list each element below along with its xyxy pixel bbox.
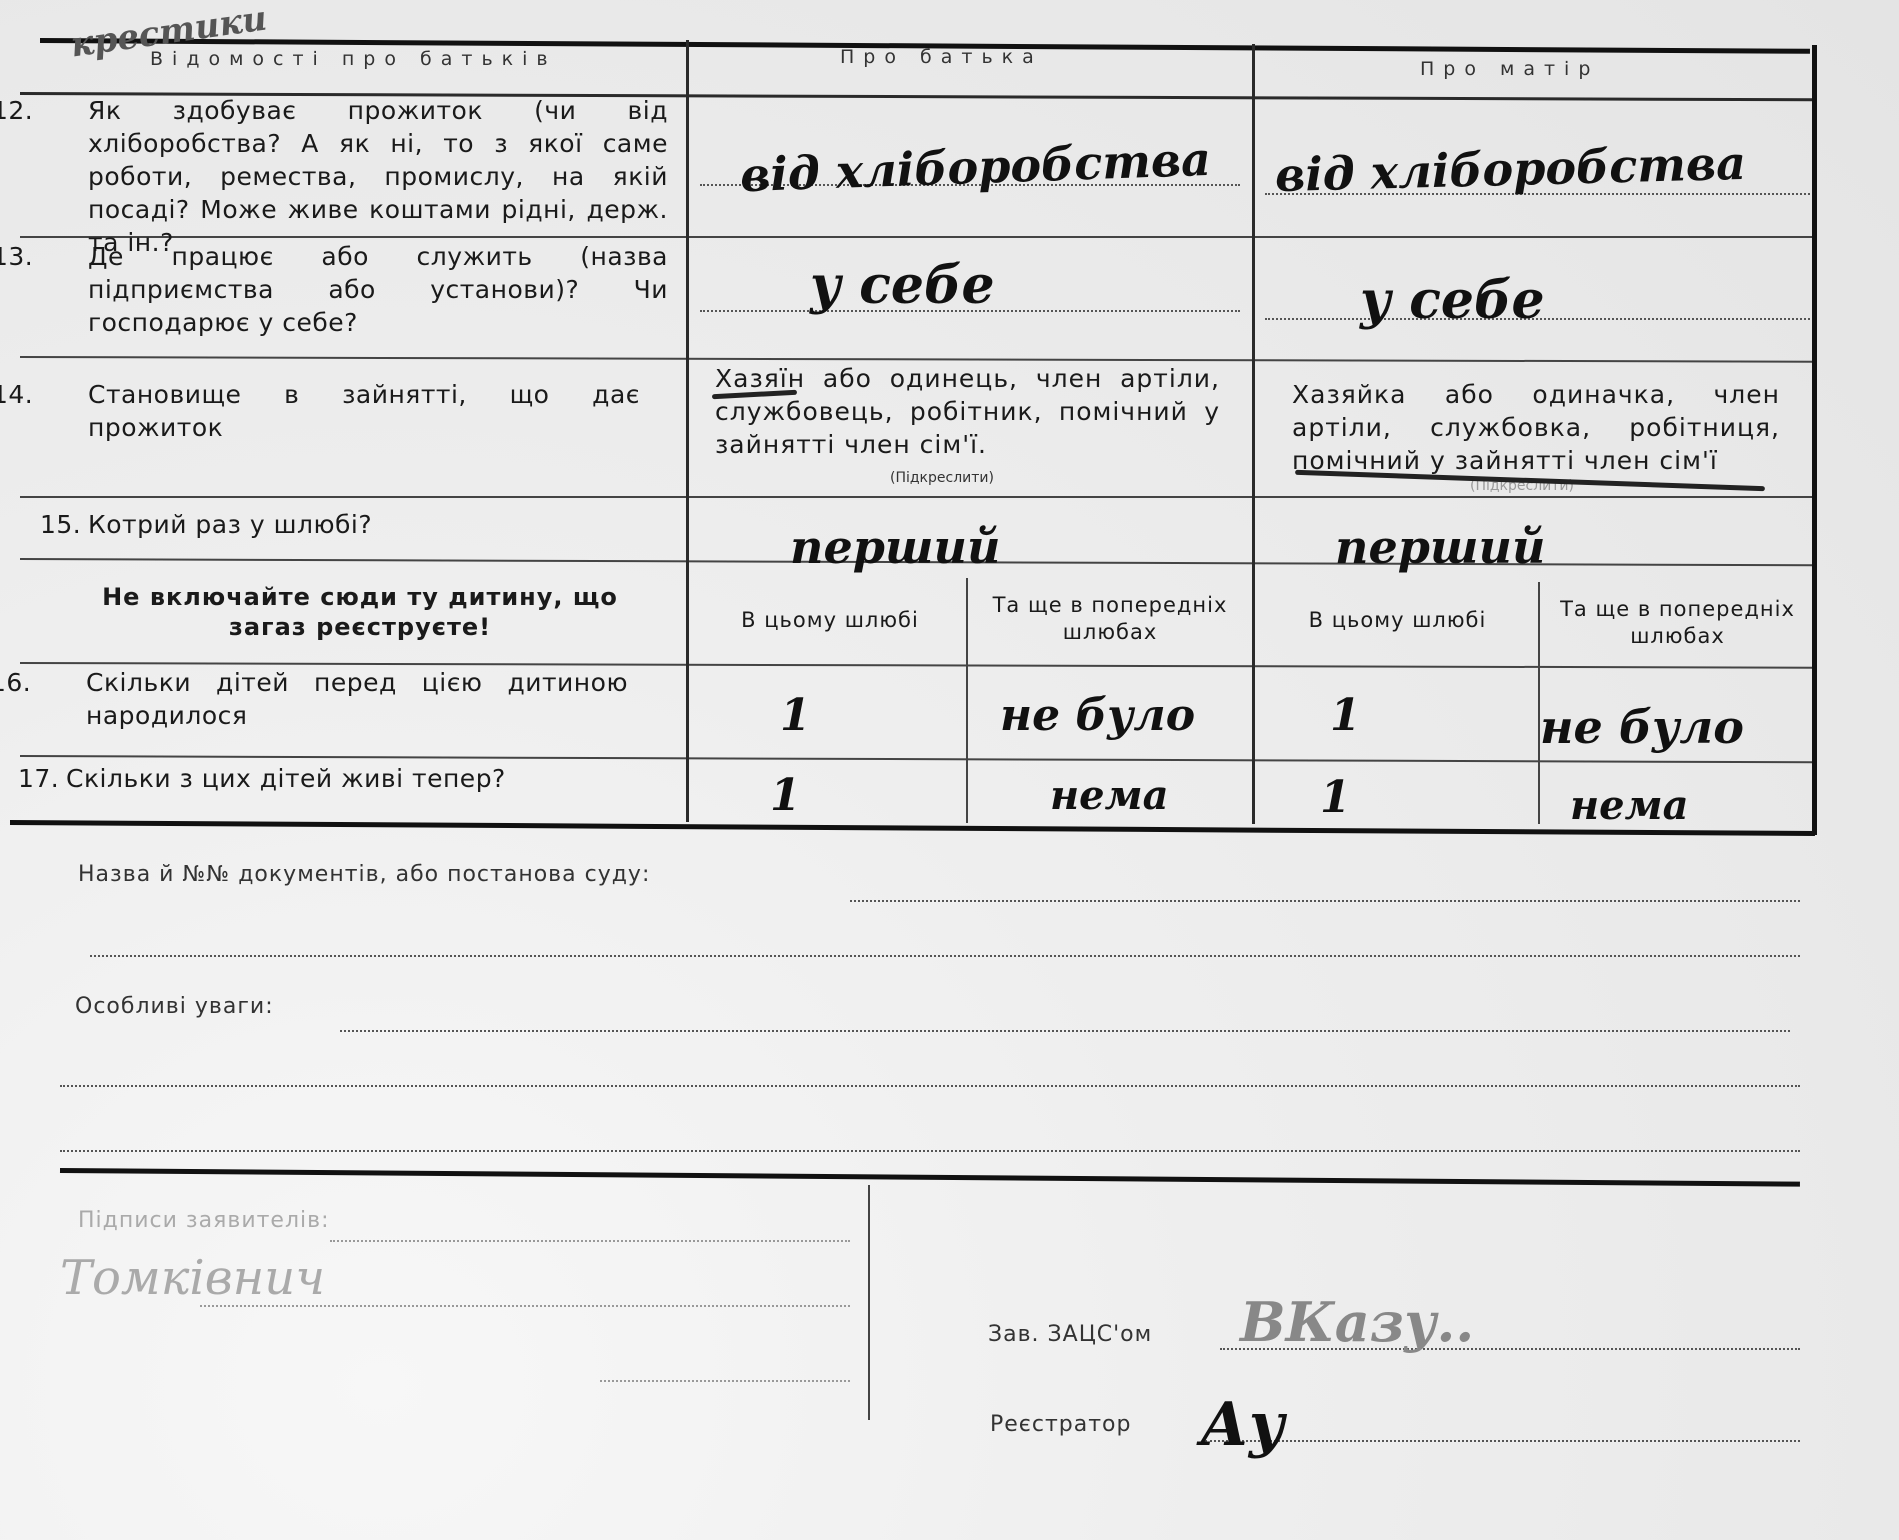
question-14: 14.Становище в зайнятті, що дає прожиток	[40, 378, 640, 444]
answer-12-father: від хліборобства	[739, 132, 1212, 202]
answer-15-father: перший	[790, 520, 1000, 574]
father-occupation-options: Хазяїн або одинець, член артіли, службов…	[715, 362, 1220, 461]
special-notes-line2[interactable]	[60, 1085, 1800, 1087]
answer-16-mother-current: 1	[1330, 690, 1361, 741]
answer-16-mother-previous: не було	[1540, 700, 1744, 754]
head-of-office-label: Зав. ЗАЦС'ом	[988, 1322, 1152, 1347]
col-divider-father-mother	[1252, 44, 1255, 824]
answer-17-father-previous: нема	[1050, 772, 1169, 819]
applicants-line2	[200, 1305, 850, 1307]
special-notes-line3[interactable]	[60, 1150, 1800, 1152]
subheader-mother-previous: Та ще в попередніх шлюбах	[1550, 596, 1805, 650]
head-of-office-signature: ВКазу..	[1240, 1290, 1474, 1354]
answer-17-father-current: 1	[770, 770, 801, 821]
documents-field[interactable]	[850, 900, 1800, 902]
col-divider-question	[686, 40, 689, 822]
answer-13-mother: у себе	[1360, 270, 1545, 331]
answer-17-mother-current: 1	[1320, 772, 1351, 823]
father-underline-hint: (Підкреслити)	[890, 470, 994, 486]
question-16: 16.Скільки дітей перед цією дитиною наро…	[18, 666, 628, 732]
subheader-father-current: В цьому шлюбі	[700, 607, 960, 634]
answer-13-father: у себе	[810, 255, 995, 316]
applicants-line3	[600, 1380, 850, 1382]
documents-label: Назва й №№ документів, або постанова суд…	[78, 862, 650, 887]
registrar-label: Реєстратор	[990, 1412, 1131, 1437]
form-page: Відомості про батьків крестики Про батьк…	[0, 0, 1899, 1540]
table-right-border	[1812, 45, 1817, 835]
answer-16-father-previous: не було	[1000, 690, 1195, 741]
special-notes-field[interactable]	[340, 1030, 1790, 1032]
header-mother: Про матір	[1420, 58, 1599, 80]
footer-divider	[60, 1168, 1800, 1187]
answer-17-mother-previous: нема	[1570, 782, 1689, 829]
row14-divider	[20, 496, 1815, 498]
documents-field-line2[interactable]	[90, 955, 1800, 957]
signature-divider	[868, 1185, 870, 1420]
subheader-mother-current: В цьому шлюбі	[1265, 607, 1530, 634]
question-15: 15.Котрий раз у шлюбі?	[40, 508, 668, 541]
exclude-child-note: Не включайте сюди ту дитину, що загаз ре…	[90, 582, 630, 642]
father-subcol-divider	[966, 578, 968, 823]
header-father: Про батька	[840, 46, 1043, 68]
table-bottom-border	[10, 820, 1815, 836]
header-parents-info: Відомості про батьків	[150, 48, 557, 70]
registrar-line	[1205, 1440, 1800, 1442]
question-13: 13.Де працює або служить (назва підприєм…	[40, 240, 668, 339]
answer-16-father-current: 1	[780, 690, 811, 741]
applicants-line1	[330, 1240, 850, 1242]
applicant-signature: Томківнич	[60, 1250, 325, 1306]
subheader-father-previous: Та ще в попередніх шлюбах	[980, 592, 1240, 646]
question-17: 17.Скільки з цих дітей живі тепер?	[18, 762, 658, 795]
mother-occupation-options: Хазяйка або одиначка, член артіли, служб…	[1292, 378, 1780, 477]
applicants-label: Підписи заявителів:	[78, 1208, 330, 1233]
registrar-signature: Ау	[1200, 1390, 1285, 1460]
answer-15-mother: перший	[1335, 520, 1545, 574]
question-12: 12.Як здобуває прожиток (чи від хлібороб…	[40, 94, 668, 259]
special-notes-label: Особливі уваги:	[75, 994, 274, 1019]
